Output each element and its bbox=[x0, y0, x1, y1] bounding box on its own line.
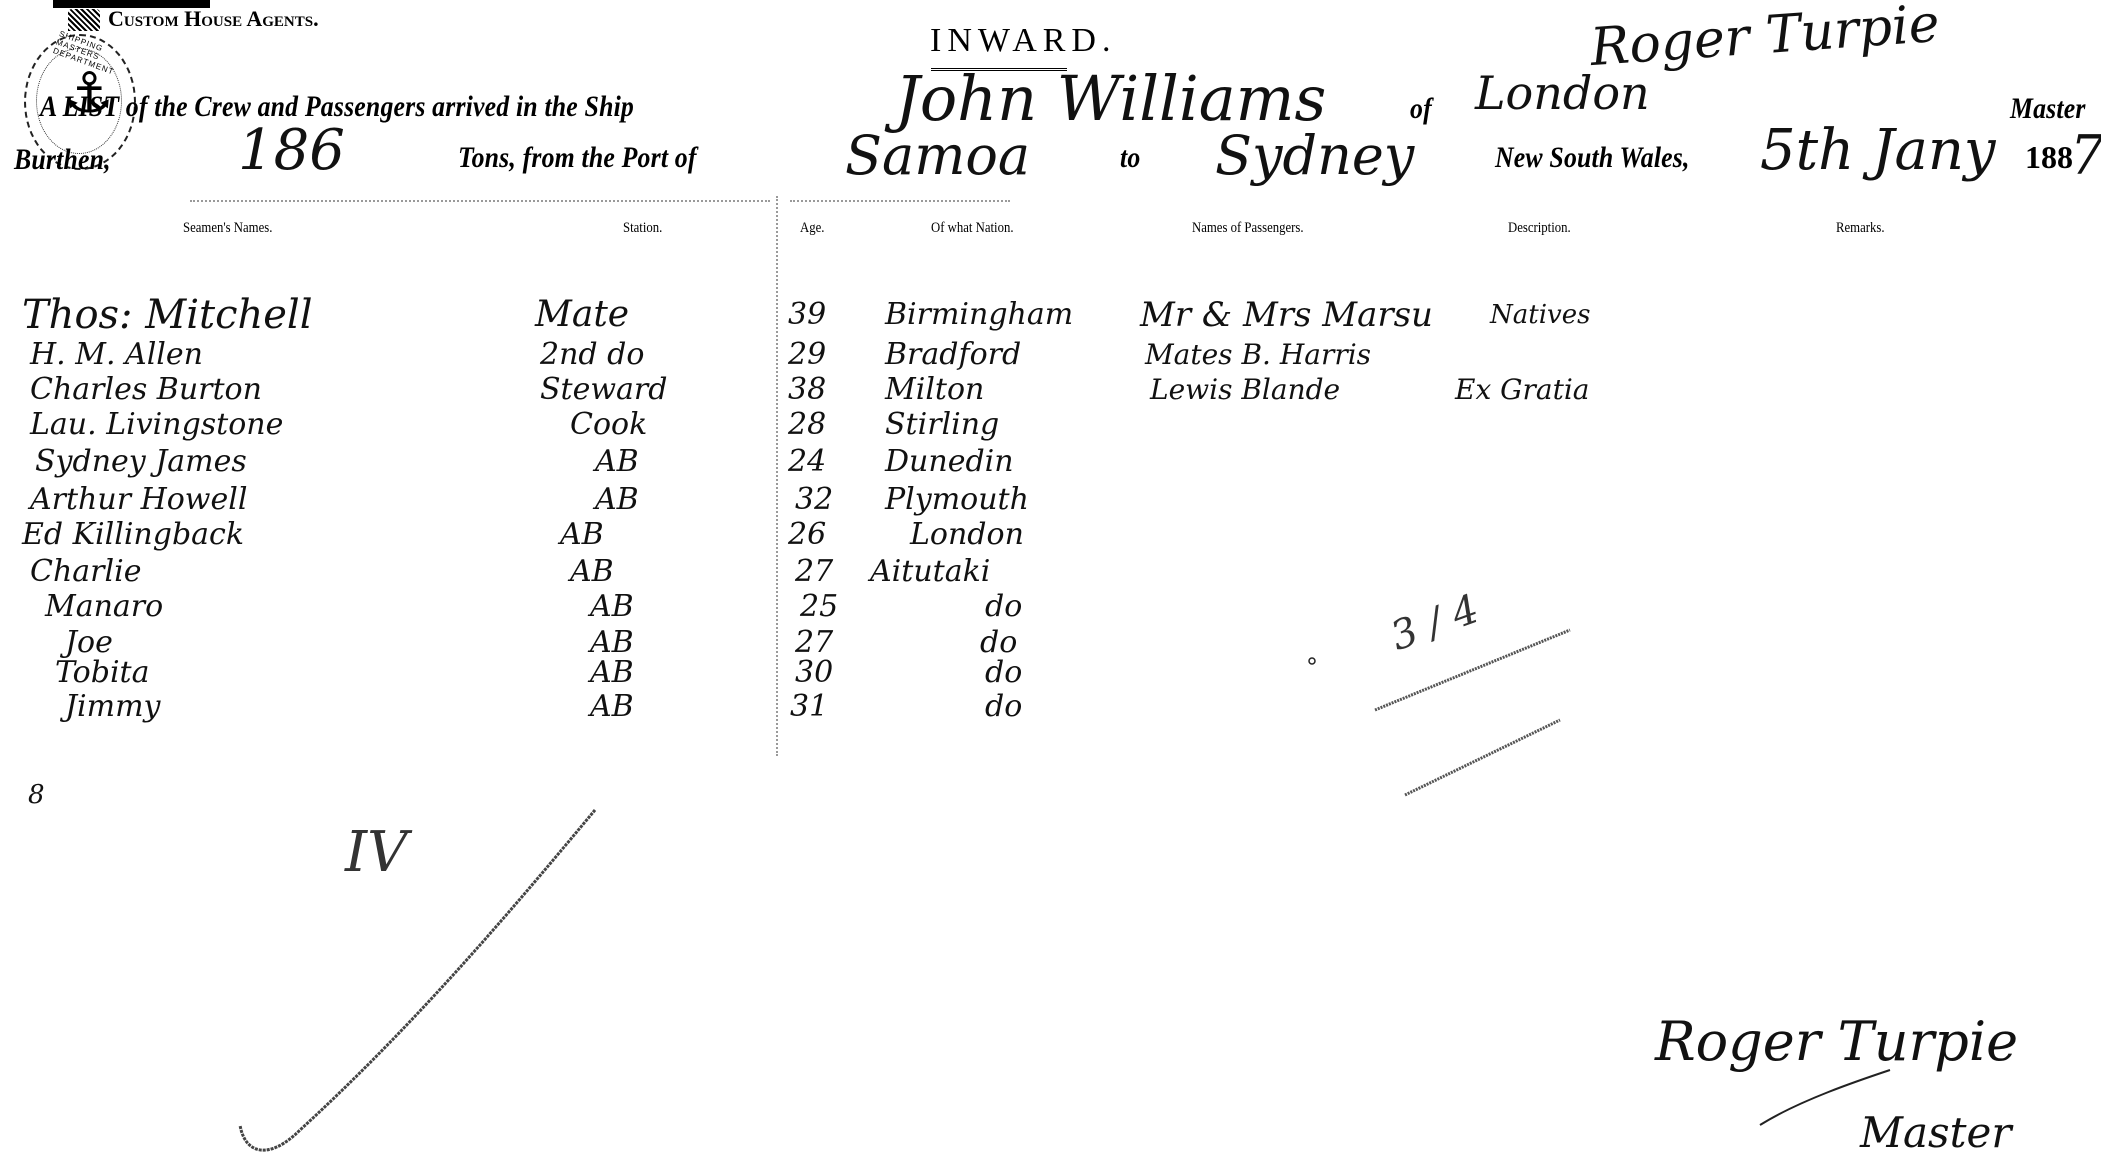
signature-title: Master bbox=[1860, 1108, 2011, 1157]
pencil-strokes-icon bbox=[0, 0, 2101, 1170]
signature-name: Roger Turpie bbox=[1655, 1010, 2018, 1073]
